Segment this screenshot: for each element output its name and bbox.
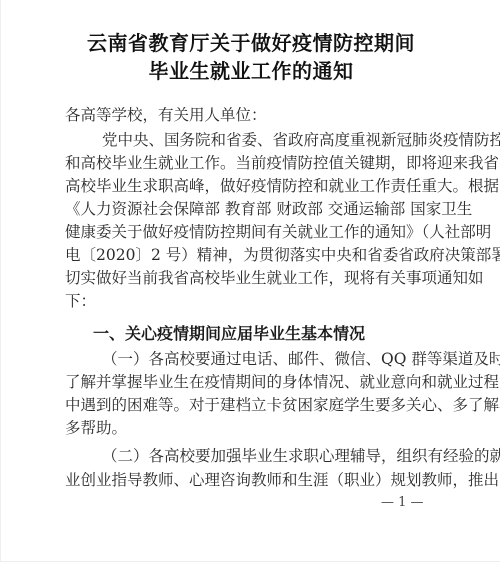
paragraph-line: 高校毕业生求职高峰，做好疫情防控和就业工作责任重大。根据: [65, 176, 437, 196]
paragraph-line: 和高校毕业生就业工作。当前疫情防控值关键期，即将迎来我省: [65, 153, 437, 173]
item-line: （一）各高校要通过电话、邮件、微信、QQ 群等渠道及时: [102, 349, 437, 369]
paragraph-line: 电〔2020〕2 号）精神，为贯彻落实中央和省委省政府决策部署，: [65, 245, 437, 265]
paragraph-line: 下：: [65, 291, 437, 311]
paragraph-line: 切实做好当前我省高校毕业生就业工作，现将有关事项通知如: [65, 268, 437, 288]
item-line: 中遇到的困难等。对于建档立卡贫困家庭学生要多关心、多了解、: [65, 395, 437, 415]
document-title-line-1: 云南省教育厅关于做好疫情防控期间: [1, 27, 500, 56]
paragraph-line: 健康委关于做好疫情防控期间有关就业工作的通知》（人社部明: [65, 222, 437, 242]
salutation: 各高等学校，有关用人单位：: [65, 105, 437, 125]
item-line: 业创业指导教师、心理咨询教师和生涯（职业）规划教师，推出: [65, 470, 437, 490]
page-number: — 1 —: [381, 495, 424, 510]
document-page: 云南省教育厅关于做好疫情防控期间 毕业生就业工作的通知 各高等学校，有关用人单位…: [0, 0, 500, 562]
paragraph-line: 《人力资源社会保障部 教育部 财政部 交通运输部 国家卫生: [65, 199, 437, 219]
item-line: （二）各高校要加强毕业生求职心理辅导，组织有经验的就: [102, 446, 437, 466]
item-line: 多帮助。: [65, 418, 437, 438]
item-line: 了解并掌握毕业生在疫情期间的身体情况、就业意向和就业过程: [65, 372, 437, 392]
document-title-line-2: 毕业生就业工作的通知: [1, 55, 500, 84]
paragraph-line: 党中央、国务院和省委、省政府高度重视新冠肺炎疫情防控: [102, 130, 437, 150]
section-heading: 一、关心疫情期间应届毕业生基本情况: [93, 321, 365, 344]
